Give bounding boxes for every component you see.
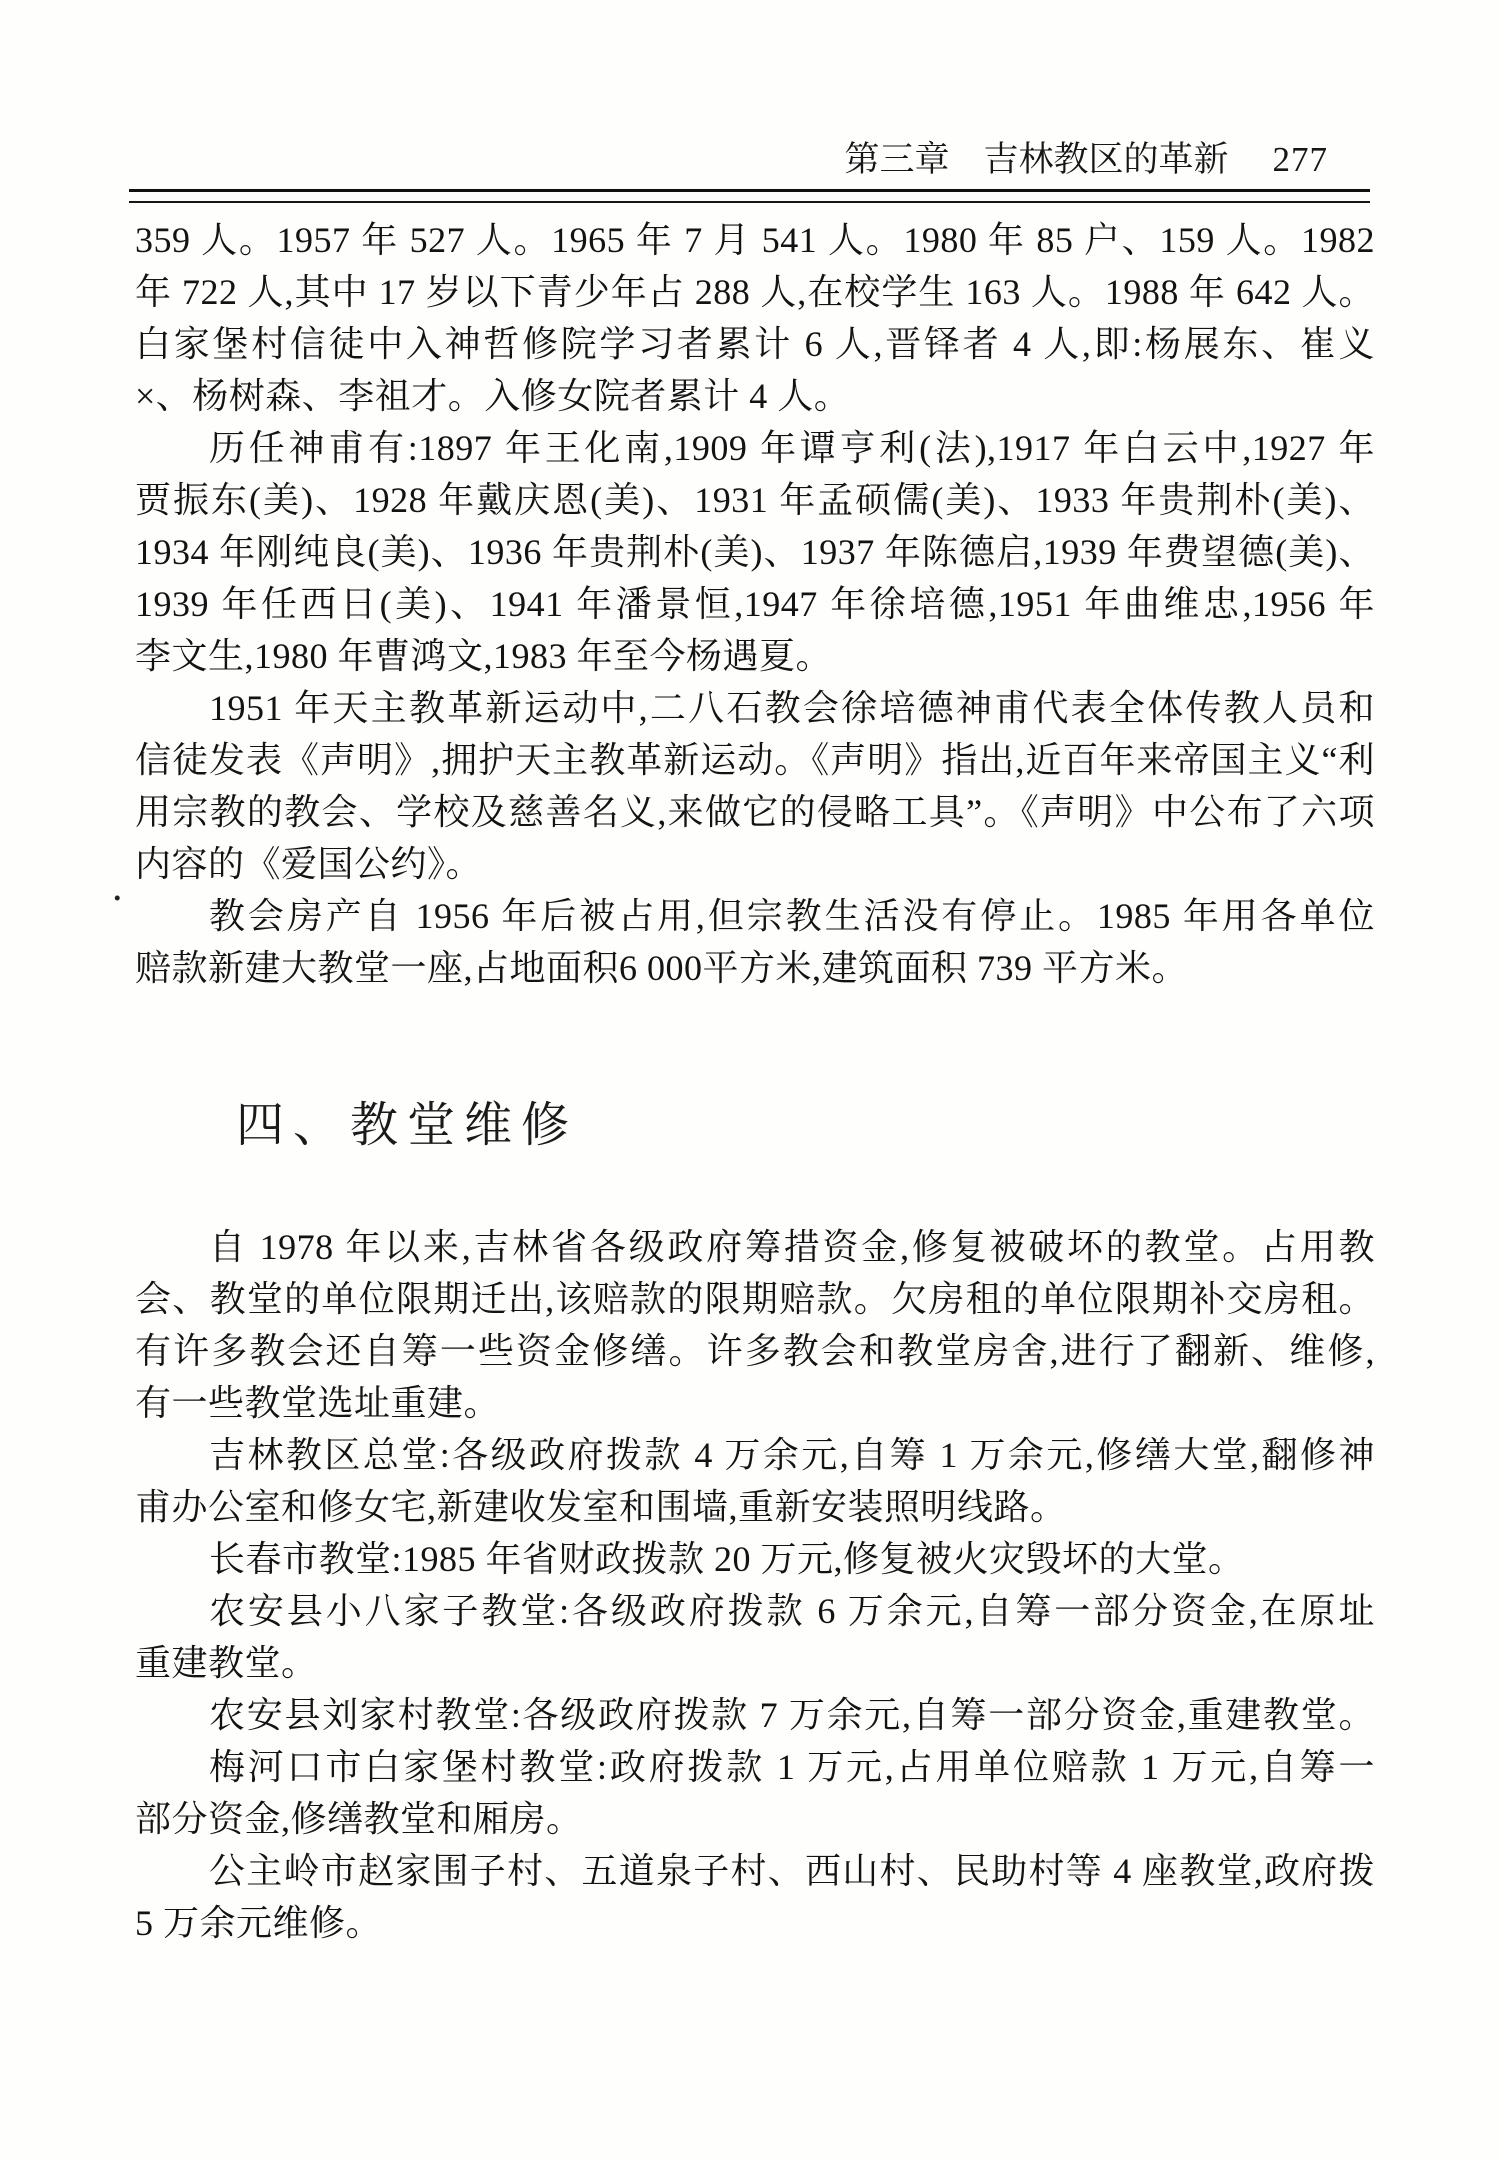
text-line: 公主岭市赵家围子村、五道泉子村、西山村、民助村等 4 座教堂,政府拨款 xyxy=(135,1845,1375,1897)
text-line: 1951 年天主教革新运动中,二八石教会徐培德神甫代表全体传教人员和 xyxy=(135,682,1375,734)
text-line: 吉林教区总堂:各级政府拨款 4 万余元,自筹 1 万余元,修缮大堂,翻修神 xyxy=(135,1429,1375,1481)
header-rule xyxy=(129,189,1370,203)
text-line: 农安县小八家子教堂:各级政府拨款 6 万余元,自筹一部分资金,在原址 xyxy=(135,1585,1375,1637)
text-line: 长春市教堂:1985 年省财政拨款 20 万元,修复被火灾毁坏的大堂。 xyxy=(135,1533,1375,1585)
body-bottom-block: 自 1978 年以来,吉林省各级政府筹措资金,修复被破坏的教堂。占用教会、教堂的… xyxy=(135,1221,1375,1949)
text-line: 农安县刘家村教堂:各级政府拨款 7 万余元,自筹一部分资金,重建教堂。 xyxy=(135,1689,1375,1741)
chapter-label: 第三章 xyxy=(844,138,949,182)
book-page: 第三章 吉林教区的革新 277 359 人。1957 年 527 人。1965 … xyxy=(0,0,1500,2162)
text-line: 贾振东(美)、1928 年戴庆恩(美)、1931 年孟硕儒(美)、1933 年贵… xyxy=(135,474,1375,526)
section-heading: 四、教堂维修 xyxy=(236,1096,578,1156)
header-title: 吉林教区的革新 xyxy=(983,138,1228,182)
text-line: 李文生,1980 年曹鸿文,1983 年至今杨遇夏。 xyxy=(135,630,1375,682)
text-line: 部分资金,修缮教堂和厢房。 xyxy=(135,1793,1375,1845)
text-line: 1934 年刚纯良(美)、1936 年贵荆朴(美)、1937 年陈德启,1939… xyxy=(135,526,1375,578)
text-line: 甫办公室和修女宅,新建收发室和围墙,重新安装照明线路。 xyxy=(135,1481,1375,1533)
text-line: 赔款新建大教堂一座,占地面积6 000平方米,建筑面积 739 平方米。 xyxy=(135,942,1375,994)
text-line: 内容的《爱国公约》。 xyxy=(135,838,1375,890)
text-line: 白家堡村信徒中入神哲修院学习者累计 6 人,晋铎者 4 人,即:杨展东、崔义 xyxy=(135,318,1375,370)
text-line: 359 人。1957 年 527 人。1965 年 7 月 541 人。1980… xyxy=(135,214,1375,266)
running-header: 第三章 吉林教区的革新 277 xyxy=(844,138,1328,182)
text-line: 历任神甫有:1897 年王化南,1909 年谭亨利(法),1917 年白云中,1… xyxy=(135,422,1375,474)
page-number: 277 xyxy=(1273,138,1329,182)
text-line: 梅河口市白家堡村教堂:政府拨款 1 万元,占用单位赔款 1 万元,自筹一 xyxy=(135,1741,1375,1793)
margin-mark: . xyxy=(112,866,123,908)
text-line: 重建教堂。 xyxy=(135,1637,1375,1689)
text-line: 用宗教的教会、学校及慈善名义,来做它的侵略工具”。《声明》中公布了六项 xyxy=(135,786,1375,838)
text-line: 年 722 人,其中 17 岁以下青少年占 288 人,在校学生 163 人。1… xyxy=(135,266,1375,318)
text-line: 5 万余元维修。 xyxy=(135,1897,1375,1949)
text-line: 有许多教会还自筹一些资金修缮。许多教会和教堂房舍,进行了翻新、维修, xyxy=(135,1325,1375,1377)
text-line: 会、教堂的单位限期迁出,该赔款的限期赔款。欠房租的单位限期补交房租。 xyxy=(135,1273,1375,1325)
text-line: 1939 年任西日(美)、1941 年潘景恒,1947 年徐培德,1951 年曲… xyxy=(135,578,1375,630)
text-line: 教会房产自 1956 年后被占用,但宗教生活没有停止。1985 年用各单位 xyxy=(135,890,1375,942)
text-line: 信徒发表《声明》,拥护天主教革新运动。《声明》指出,近百年来帝国主义“利 xyxy=(135,734,1375,786)
text-line: 自 1978 年以来,吉林省各级政府筹措资金,修复被破坏的教堂。占用教 xyxy=(135,1221,1375,1273)
text-line: 有一些教堂选址重建。 xyxy=(135,1377,1375,1429)
text-line: ×、杨树森、李祖才。入修女院者累计 4 人。 xyxy=(135,370,1375,422)
body-top-block: 359 人。1957 年 527 人。1965 年 7 月 541 人。1980… xyxy=(135,214,1375,994)
